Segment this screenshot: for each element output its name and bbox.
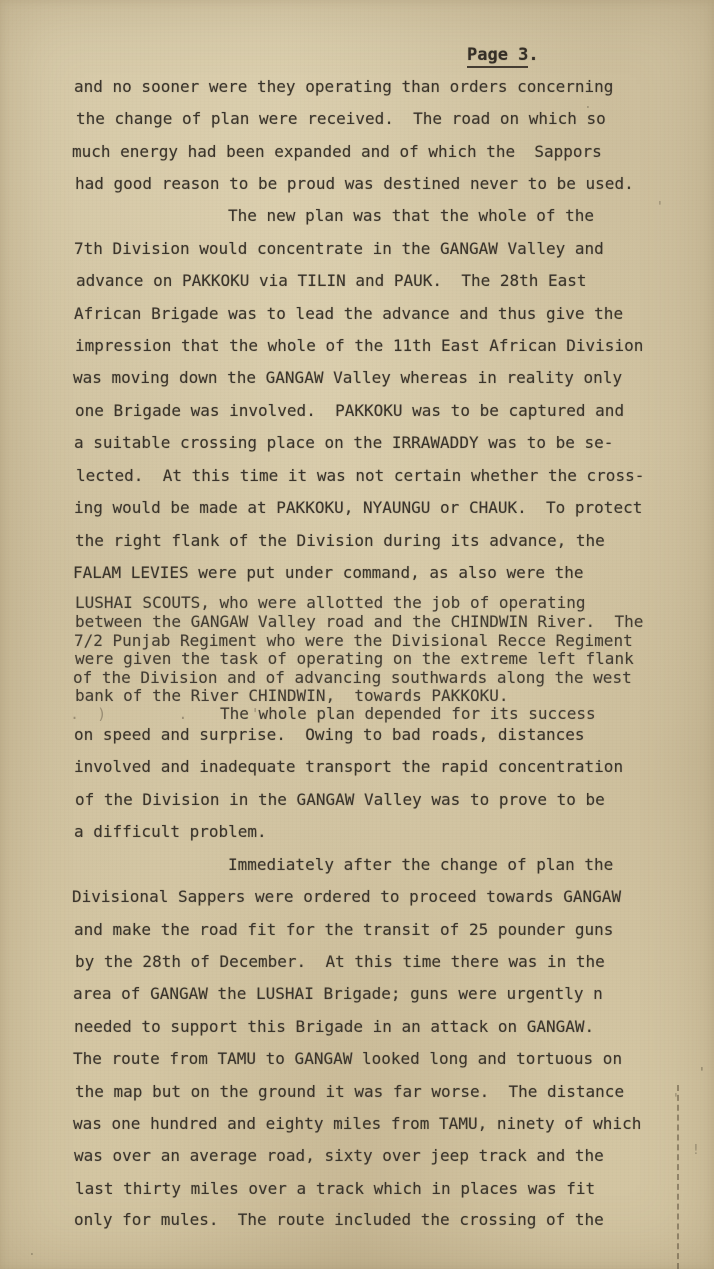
typed-line: the change of plan were received. The ro…: [76, 110, 606, 127]
typed-line: The whole plan depended for its success: [220, 705, 596, 722]
typed-line: a suitable crossing place on the IRRAWAD…: [74, 434, 613, 451]
typed-line: was over an average road, sixty over jee…: [74, 1147, 604, 1164]
typed-line: by the 28th of December. At this time th…: [75, 953, 605, 970]
ink-speck: .: [584, 97, 592, 112]
crease-mark: [677, 1085, 679, 1269]
typed-line: LUSHAI SCOUTS, who were allotted the job…: [75, 594, 586, 611]
typed-line: The new plan was that the whole of the: [228, 207, 594, 224]
typed-line: of the Division and of advancing southwa…: [73, 669, 632, 686]
typed-line: The route from TAMU to GANGAW looked lon…: [73, 1050, 622, 1067]
typed-line: advance on PAKKOKU via TILIN and PAUK. T…: [76, 272, 587, 289]
typed-line: African Brigade was to lead the advance …: [74, 305, 623, 322]
typed-line: and no sooner were they operating than o…: [74, 78, 613, 95]
typed-line: Immediately after the change of plan the: [228, 856, 613, 873]
typed-line: of the Division in the GANGAW Valley was…: [75, 791, 605, 808]
ink-speck: .: [28, 1244, 36, 1259]
typed-line: Divisional Sappers were ordered to proce…: [72, 888, 621, 905]
typed-line: and make the road fit for the transit of…: [74, 921, 613, 938]
typed-line: the map but on the ground it was far wor…: [75, 1083, 624, 1100]
typed-line: only for mules. The route included the c…: [74, 1211, 604, 1228]
typed-line: much energy had been expanded and of whi…: [72, 143, 602, 160]
typed-line: bank of the River CHINDWIN, towards PAKK…: [75, 687, 508, 704]
typed-line: the right flank of the Division during i…: [75, 532, 605, 549]
typed-line: on speed and surprise. Owing to bad road…: [74, 726, 585, 743]
page-number-heading: Page 3.: [467, 45, 539, 65]
typed-line: area of GANGAW the LUSHAI Brigade; guns …: [73, 985, 603, 1002]
typed-line: one Brigade was involved. PAKKOKU was to…: [75, 402, 624, 419]
typed-line: ing would be made at PAKKOKU, NYAUNGU or…: [74, 499, 642, 516]
typed-line: last thirty miles over a track which in …: [75, 1180, 595, 1197]
typed-line: was moving down the GANGAW Valley wherea…: [73, 369, 622, 386]
page-number-underlined: Page 3: [467, 45, 528, 68]
typed-line: 7th Division would concentrate in the GA…: [74, 240, 604, 257]
typed-line: a difficult problem.: [74, 823, 267, 840]
page-number-period: .: [528, 45, 538, 65]
ink-speck: ': [672, 1092, 680, 1107]
typed-line: involved and inadequate transport the ra…: [74, 758, 623, 775]
typed-line: needed to support this Brigade in an att…: [74, 1018, 594, 1035]
ink-speck: ': [698, 1066, 706, 1081]
typed-line: lected. At this time it was not certain …: [76, 467, 644, 484]
typed-line: were given the task of operating on the …: [75, 650, 634, 667]
typed-line: impression that the whole of the 11th Ea…: [75, 337, 643, 354]
typed-line: had good reason to be proud was destined…: [75, 175, 634, 192]
typed-line: 7/2 Punjab Regiment who were the Divisio…: [74, 632, 633, 649]
typed-line: FALAM LEVIES were put under command, as …: [73, 564, 584, 581]
typed-line: was one hundred and eighty miles from TA…: [73, 1115, 641, 1132]
ink-speck: ': [656, 200, 664, 215]
typed-line: between the GANGAW Valley road and the C…: [75, 613, 643, 630]
ink-speck: !: [692, 1143, 700, 1158]
